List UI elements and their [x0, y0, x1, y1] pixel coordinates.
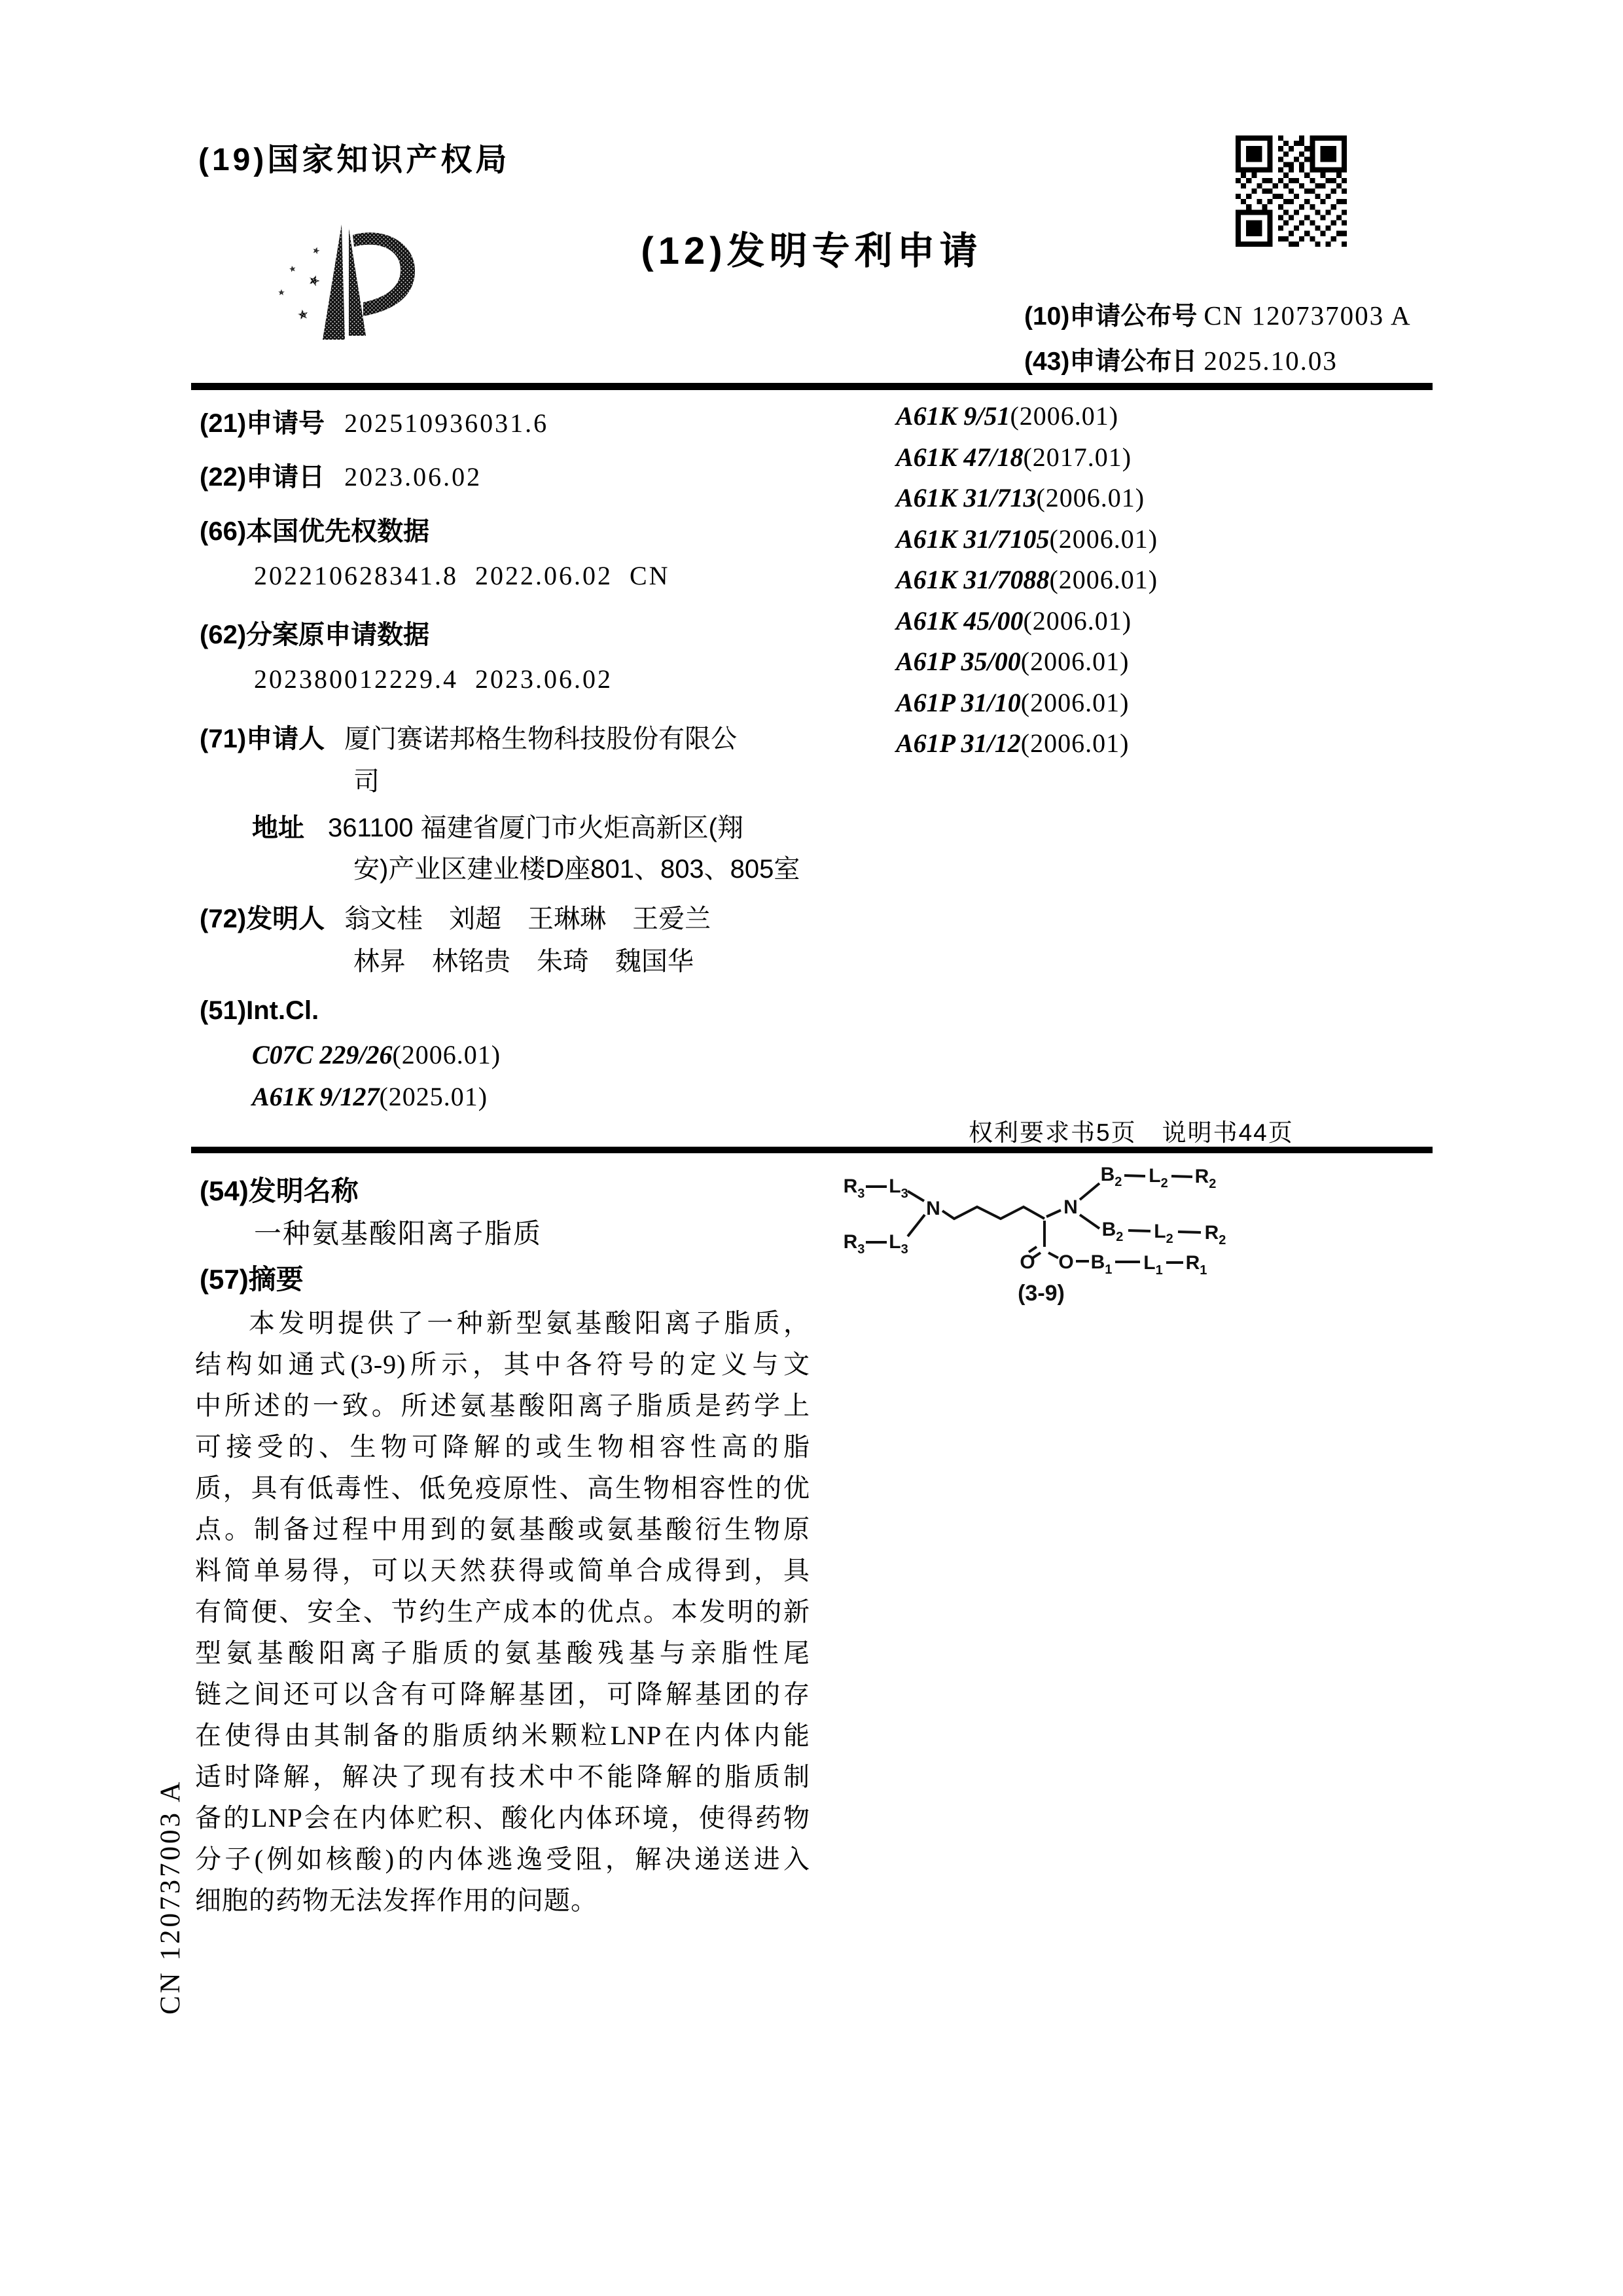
ipc-item: A61K 47/18(2017.01) — [896, 442, 1132, 473]
ipc-item: A61P 35/00(2006.01) — [896, 646, 1129, 677]
filing-date-row: (22)申请日2023.06.02 — [200, 456, 482, 493]
division-data-row: 202380012229.4 2023.06.02 — [254, 664, 613, 694]
invention-title-label: (54)发明名称 — [200, 1170, 359, 1209]
patent-front-page: (19)国家知识产权局 — [0, 0, 1623, 2296]
molecule-l2: L — [1154, 1221, 1166, 1242]
molecule-r3: R — [844, 1231, 858, 1253]
molecule-r2: R — [1205, 1222, 1219, 1244]
intcl-item: C07C 229/26(2006.01) — [252, 1039, 501, 1070]
intcl-label-row: (51)Int.Cl. — [200, 996, 319, 1026]
abstract-line: 型氨基酸阳离子脂质的氨基酸残基与亲脂性尾 — [195, 1632, 810, 1674]
abstract-line: 点。制备过程中用到的氨基酸或氨基酸衍生物原 — [195, 1509, 810, 1550]
applicant-row-cont: 司 — [353, 761, 380, 798]
svg-text:R1: R1 — [1186, 1252, 1207, 1278]
pub-date-row: (43)申请公布日2025.10.03 — [1024, 341, 1338, 378]
address-row-cont: 安)产业区建业楼D座801、803、805室 — [353, 848, 800, 886]
pub-number-label: (10)申请公布号 — [1024, 302, 1197, 331]
abstract-line: 中所述的一致。所述氨基酸阳离子脂质是药学上 — [195, 1385, 810, 1426]
abstract-text: 本发明提供了一种新型氨基酸阳离子脂质， 结构如通式(3-9)所示，其中各符号的定… — [195, 1302, 810, 1921]
intcl-item: A61K 9/127(2025.01) — [252, 1081, 488, 1112]
svg-text:R2: R2 — [1205, 1222, 1226, 1247]
svg-text:L3: L3 — [889, 1231, 908, 1257]
svg-text:B1: B1 — [1091, 1251, 1113, 1277]
molecule-l3: L — [889, 1231, 901, 1253]
ipc-item: A61K 31/7088(2006.01) — [896, 564, 1158, 595]
patent-office-line: (19)国家知识产权局 — [198, 134, 510, 179]
molecule-b2: B — [1101, 1164, 1115, 1185]
ipc-item: A61P 31/12(2006.01) — [896, 728, 1129, 759]
inventors-row-cont: 林昇 林铭贵 朱琦 魏国华 — [353, 941, 694, 978]
ipc-item: A61K 45/00(2006.01) — [896, 605, 1132, 636]
svg-text:R2: R2 — [1195, 1166, 1217, 1191]
section-rule — [191, 1147, 1433, 1153]
address-row: 地址361100 福建省厦门市火炬高新区(翔 — [252, 807, 743, 844]
molecule-l2: L — [1149, 1165, 1160, 1187]
abstract-line: 备的LNP会在内体贮积、酸化内体环境，使得药物 — [195, 1797, 810, 1839]
abstract-line: 有简便、安全、节约生产成本的优点。本发明的新 — [195, 1591, 810, 1632]
pub-number-row: (10)申请公布号CN 120737003 A — [1024, 296, 1412, 332]
abstract-line: 在使得由其制备的脂质纳米颗粒LNP在内体内能 — [195, 1715, 810, 1756]
molecule-figure: R3 L3 R3 L3 N N B2 L2 R2 B2 L2 R2 O O B1… — [825, 1160, 1257, 1356]
applicant-row: (71)申请人厦门赛诺邦格生物科技股份有限公 — [200, 718, 737, 755]
svg-text:R3: R3 — [844, 1231, 865, 1257]
molecule-r1: R — [1186, 1252, 1200, 1274]
abstract-line: 结构如通式(3-9)所示，其中各符号的定义与文 — [195, 1344, 810, 1385]
ipc-item: A61P 31/10(2006.01) — [896, 687, 1129, 718]
abstract-line: 可接受的、生物可降解的或生物相容性高的脂 — [195, 1426, 810, 1467]
abstract-line: 分子(例如核酸)的内体逃逸受阻，解决递送进入 — [195, 1839, 810, 1880]
abstract-label: (57)摘要 — [200, 1258, 304, 1297]
application-number-row: (21)申请号202510936031.6 — [200, 403, 548, 440]
svg-text:R3: R3 — [844, 1175, 865, 1201]
abstract-line: 质，具有低毒性、低免疫原性、高生物相容性的优 — [195, 1467, 810, 1509]
svg-text:L2: L2 — [1154, 1221, 1173, 1246]
vertical-pub-number: CN 120737003 A — [154, 1780, 187, 2015]
ipc-item: A61K 31/7105(2006.01) — [896, 524, 1158, 554]
priority-data-row: 202210628341.8 2022.06.02 CN — [254, 560, 670, 591]
ipc-item: A61K 31/713(2006.01) — [896, 482, 1145, 513]
molecule-b2: B — [1102, 1219, 1116, 1240]
pub-date-value: 2025.10.03 — [1204, 346, 1338, 376]
molecule-n2: N — [1063, 1196, 1078, 1218]
abstract-line: 本发明提供了一种新型氨基酸阳离子脂质， — [195, 1302, 810, 1344]
pages-info: 权利要求书5页 说明书44页 — [969, 1113, 1294, 1148]
molecule-l3: L — [889, 1175, 901, 1197]
inventors-row: (72)发明人翁文桂 刘超 王琳琳 王爱兰 — [200, 898, 711, 935]
svg-text:L2: L2 — [1149, 1165, 1168, 1191]
molecule-r2: R — [1195, 1166, 1209, 1187]
molecule-r3: R — [844, 1175, 858, 1197]
ipc-item: A61K 9/51(2006.01) — [896, 401, 1118, 431]
abstract-line: 链之间还可以含有可降解基团，可降解基团的存 — [195, 1674, 810, 1715]
pub-number-value: CN 120737003 A — [1204, 300, 1411, 331]
formula-label: (3-9) — [1018, 1281, 1065, 1306]
invention-title: 一种氨基酸阳离子脂质 — [254, 1212, 542, 1251]
molecule-o-double: O — [1020, 1251, 1035, 1273]
svg-text:B2: B2 — [1102, 1219, 1124, 1244]
svg-text:L1: L1 — [1143, 1252, 1162, 1278]
division-label-row: (62)分案原申请数据 — [200, 614, 429, 651]
header-rule — [191, 383, 1433, 390]
molecule-b1: B — [1091, 1251, 1105, 1273]
svg-text:B2: B2 — [1101, 1164, 1122, 1189]
abstract-line: 适时降解，解决了现有技术中不能降解的脂质制 — [195, 1756, 810, 1797]
molecule-l1: L — [1143, 1252, 1155, 1274]
abstract-line: 料简单易得，可以天然获得或简单合成得到，具 — [195, 1550, 810, 1591]
molecule-o-ester: O — [1058, 1251, 1073, 1273]
pub-date-label: (43)申请公布日 — [1024, 348, 1197, 376]
doc-type-title: (12)发明专利申请 — [0, 220, 1623, 275]
svg-text:L3: L3 — [889, 1175, 908, 1201]
abstract-line: 细胞的药物无法发挥作用的问题。 — [195, 1880, 810, 1921]
molecule-n1: N — [926, 1198, 940, 1219]
priority-label-row: (66)本国优先权数据 — [200, 511, 429, 548]
